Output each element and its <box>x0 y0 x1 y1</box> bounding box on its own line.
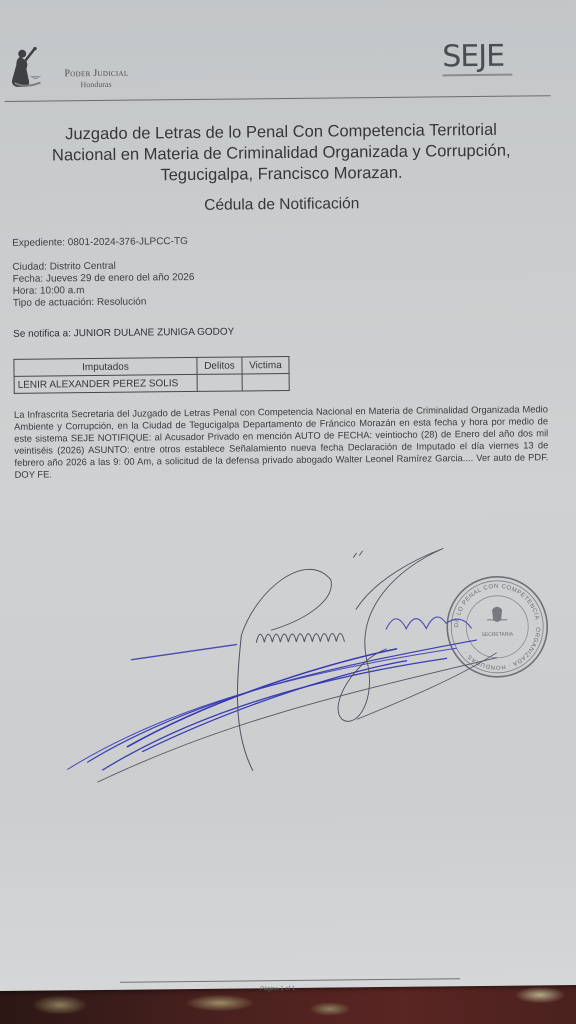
seje-logo: SEJE <box>442 42 518 87</box>
page-number: Página 1 of 1 <box>260 986 295 992</box>
footer-divider <box>120 978 460 983</box>
poder-judicial-logo: Poder Judicial Honduras <box>2 45 152 93</box>
fecha-field: Fecha: Jueves 29 de enero del año 2026 <box>13 272 195 286</box>
poder-judicial-title: Poder Judicial <box>64 68 128 80</box>
notification-body: La Infrascrita Secretaria del Juzgado de… <box>14 403 549 480</box>
header-victima: Victima <box>242 356 289 373</box>
case-details: Ciudad: Distrito Central Fecha: Jueves 2… <box>12 260 194 310</box>
lady-justice-icon <box>6 47 42 89</box>
signature-icon <box>55 528 528 793</box>
document-page: Poder Judicial Honduras SEJE Juzgado de … <box>0 0 576 991</box>
header-divider <box>5 95 551 102</box>
header-imputados: Imputados <box>14 357 197 376</box>
expediente-number: Expediente: 0801-2024-376-JLPCC-TG <box>12 236 188 250</box>
cell-imputado: LENIR ALEXANDER PEREZ SOLIS <box>14 374 197 393</box>
tipo-actuacion-field: Tipo de actuación: Resolución <box>13 296 195 310</box>
cell-victima <box>242 373 289 390</box>
seje-logo-icon: SEJE <box>442 42 518 73</box>
cell-delitos <box>197 374 242 391</box>
header-delitos: Delitos <box>197 357 242 374</box>
notified-party: Se notifica a: JUNIOR DULANE ZUNIGA GODO… <box>13 327 234 340</box>
table-row: LENIR ALEXANDER PEREZ SOLIS <box>14 373 289 393</box>
court-title: Juzgado de Letras de lo Penal Con Compet… <box>11 119 552 188</box>
parties-table: Imputados Delitos Victima LENIR ALEXANDE… <box>13 356 289 394</box>
document-title: Cédula de Notificación <box>12 193 552 217</box>
poder-judicial-subtitle: Honduras <box>80 80 111 89</box>
